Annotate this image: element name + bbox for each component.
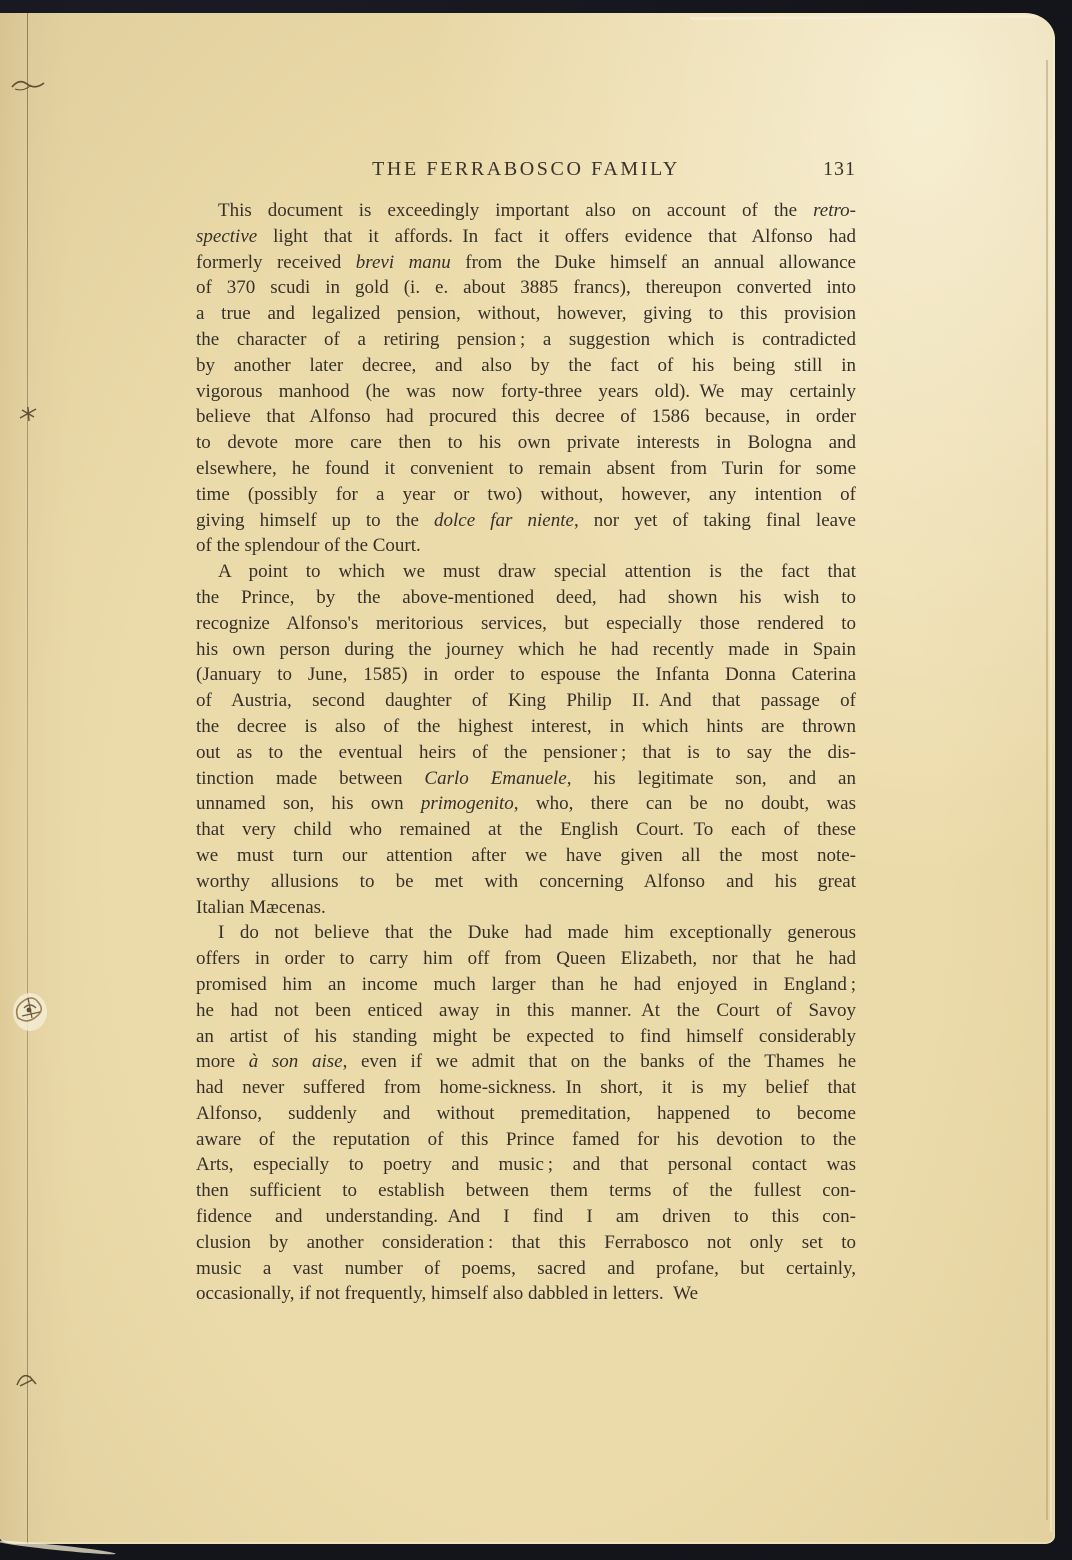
page-title: THE FERRABOSCO FAMILY	[266, 158, 786, 181]
text-line: formerly received brevi manu from the Du…	[196, 250, 856, 276]
text-line: Arts, especially to poetry and music ; a…	[196, 1152, 856, 1178]
text-line: the decree is also of the highest intere…	[196, 714, 856, 740]
page-content: THE FERRABOSCO FAMILY 131 This document …	[196, 158, 856, 1307]
text-line: the character of a retiring pension ; a …	[196, 327, 856, 353]
text-line: offers in order to carry him off from Qu…	[196, 946, 856, 972]
text-line: giving himself up to the dolce far nient…	[196, 508, 856, 534]
text-line: unnamed son, his own primogenito, who, t…	[196, 791, 856, 817]
text-line: out as to the eventual heirs of the pens…	[196, 740, 856, 766]
binding-stitch	[14, 1370, 40, 1395]
text-line: the Prince, by the above-mentioned deed,…	[196, 585, 856, 611]
binding-stitch	[10, 76, 46, 99]
text-line: music a vast number of poems, sacred and…	[196, 1256, 856, 1282]
text-line: tinction made between Carlo Emanuele, hi…	[196, 766, 856, 792]
text-line: fidence and understanding. And I find I …	[196, 1204, 856, 1230]
text-line: time (possibly for a year or two) withou…	[196, 482, 856, 508]
text-line: an artist of his standing might be expec…	[196, 1024, 856, 1050]
paragraph: This document is exceedingly important a…	[196, 198, 856, 559]
text-line: spective light that it affords. In fact …	[196, 224, 856, 250]
text-line: elsewhere, he found it convenient to rem…	[196, 456, 856, 482]
text-line: (January to June, 1585) in order to espo…	[196, 662, 856, 688]
page-stack-edge	[1046, 60, 1048, 1520]
text-line: Alfonso, suddenly and without premeditat…	[196, 1101, 856, 1127]
text-line: we must turn our attention after we have…	[196, 843, 856, 869]
page-stack-edge-highlight	[1050, 140, 1052, 1532]
text-line: A point to which we must draw special at…	[196, 559, 856, 585]
text-line: of Austria, second daughter of King Phil…	[196, 688, 856, 714]
text-line: his own person during the journey which …	[196, 637, 856, 663]
text-line: more à son aise, even if we admit that o…	[196, 1049, 856, 1075]
text-line: worthy allusions to be met with concerni…	[196, 869, 856, 895]
text-line: of 370 scudi in gold (i. e. about 3885 f…	[196, 275, 856, 301]
text-line: of the splendour of the Court.	[196, 533, 856, 559]
gutter-crease	[27, 13, 28, 1544]
binding-stitch	[18, 405, 40, 428]
text-line: Italian Mæcenas.	[196, 895, 856, 921]
text-line: aware of the reputation of this Prince f…	[196, 1127, 856, 1153]
text-line: he had not been enticed away in this man…	[196, 998, 856, 1024]
page-number: 131	[786, 158, 856, 181]
text-line: promised him an income much larger than …	[196, 972, 856, 998]
text-line: recognize Alfonso's meritorious services…	[196, 611, 856, 637]
page-body: This document is exceedingly important a…	[196, 198, 856, 1307]
text-line: occasionally, if not frequently, himself…	[196, 1281, 856, 1307]
scanned-page: THE FERRABOSCO FAMILY 131 This document …	[0, 0, 1072, 1560]
paragraph: A point to which we must draw special at…	[196, 559, 856, 920]
text-line: a true and legalized pension, without, h…	[196, 301, 856, 327]
text-line: I do not believe that the Duke had made …	[196, 920, 856, 946]
running-header: THE FERRABOSCO FAMILY 131	[196, 158, 856, 181]
text-line: This document is exceedingly important a…	[196, 198, 856, 224]
text-line: by another later decree, and also by the…	[196, 353, 856, 379]
text-line: that very child who remained at the Engl…	[196, 817, 856, 843]
text-line: vigorous manhood (he was now forty-three…	[196, 379, 856, 405]
binding-stitch-knot	[10, 988, 52, 1041]
text-line: believe that Alfonso had procured this d…	[196, 404, 856, 430]
text-line: clusion by another consideration : that …	[196, 1230, 856, 1256]
text-line: had never suffered from home-sickness. I…	[196, 1075, 856, 1101]
text-line: to devote more care then to his own priv…	[196, 430, 856, 456]
paragraph: I do not believe that the Duke had made …	[196, 920, 856, 1307]
text-line: then sufficient to establish between the…	[196, 1178, 856, 1204]
